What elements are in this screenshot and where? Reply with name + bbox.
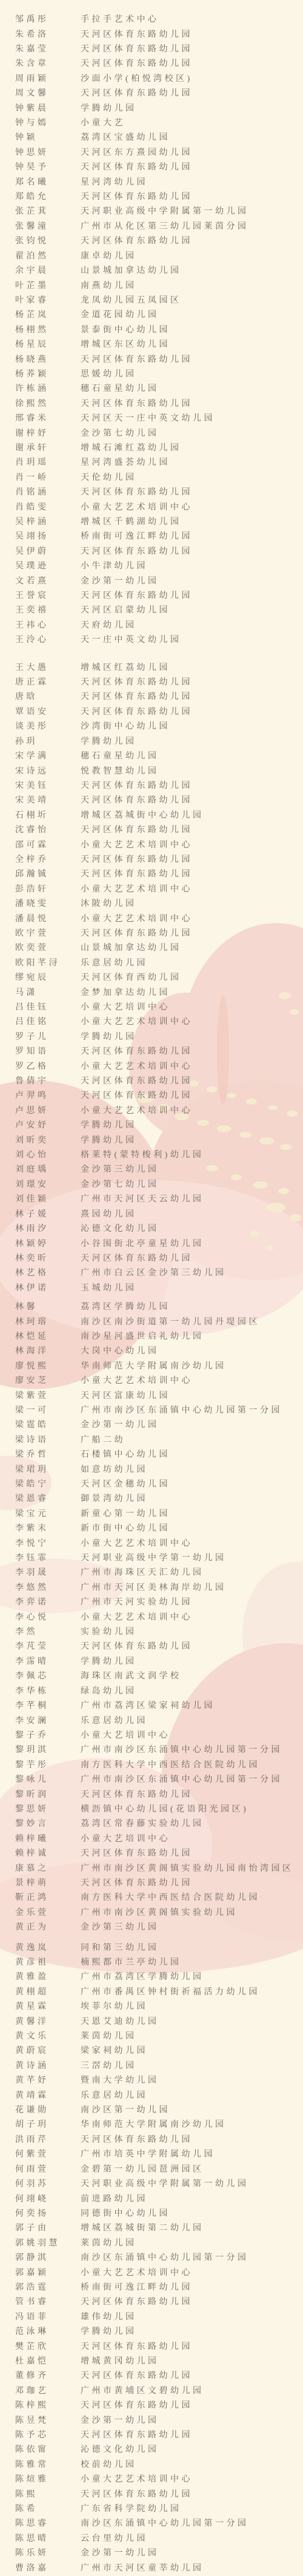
list-row: 李芃莹天河区体育东路幼儿园 [0,1638,303,1653]
school-name: 乐意居幼儿园 [81,956,303,968]
school-name: 御景湾幼儿园 [81,1492,303,1504]
student-name: 何紫萱 [15,2147,81,2160]
list-row: 李紫末新市街中心幼儿园 [0,1520,303,1535]
school-name: 莱茵幼儿园 [81,2029,303,2042]
student-name: 廖安芝 [15,1374,81,1386]
list-row: 李然实验幼儿园 [0,1624,303,1638]
school-name: 南沙区东涌镇中心幼儿园第一分园 [81,2251,303,2263]
student-name: 李钰霏 [15,1551,81,1563]
school-name: 天河区体育东路幼儿园 [81,87,303,99]
school-name: 绿岛幼儿园 [81,1684,303,1697]
list-row: 杨星辰增城区东区幼儿园 [0,337,303,351]
student-name: 欧奕萱 [15,941,81,953]
school-name: 天河区体育东路幼儿园 [81,160,303,172]
student-name: 宋学满 [15,749,81,761]
student-name: 林奕昕 [15,1252,81,1264]
list-row: 王奕禧天河区启蒙幼儿园 [0,602,303,617]
list-row: 黎思妍横沥镇中心幼儿园(花语阳光园区) [0,1801,303,1816]
school-name: 小童大艺艺术培训中心 [81,882,303,895]
school-name: 增城区东区幼儿园 [81,338,303,350]
school-name: 金沙第三幼儿园 [81,1163,303,1175]
student-name: 林馨 [15,1300,81,1312]
student-name: 陈希 [15,2502,81,2514]
student-name: 梁恩睿 [15,1492,81,1504]
list-row: 郑皓允天河区体育东路幼儿园 [0,189,303,203]
student-name: 罗子儿 [15,1030,81,1042]
list-row: 钟紫晨学腾幼儿园 [0,100,303,114]
list-row: 李钰霏天河职业高级中学第一幼儿园 [0,1550,303,1565]
student-name: 王大愚 [15,661,81,673]
student-name: 林珂瑢 [15,1315,81,1327]
list-row: 郭子由增城区荔城街第二幼儿园 [0,2220,303,2235]
student-name: 叶芷墨 [15,279,81,291]
school-name: 天河区体育东路幼儿园 [81,1089,303,1101]
student-name: 肖皓雯 [15,501,81,513]
list-row: 梁皓宁天河区金穗幼儿园 [0,1476,303,1491]
list-row: 林伊诺玉城幼儿园 [0,1280,303,1295]
student-name: 范泳琳 [15,2325,81,2337]
school-name: 荔湾区学腾幼儿园 [81,1300,303,1312]
school-name: 南沙星河盛世启礼幼儿园 [81,1330,303,1342]
list-row: 黎玥淇广州市南沙区东涌镇中心幼儿园第一分园 [0,1742,303,1756]
school-name: 海珠区南武文润学校 [81,1669,303,1681]
student-name: 郑名曦 [15,176,81,188]
list-row: 钟思妍天河区东方熹园幼儿园 [0,145,303,159]
student-name: 肖铭涵 [15,485,81,498]
school-name: 南方医科大学中西医结合医院幼儿园 [81,1758,303,1770]
school-name: 广东省科学院幼儿园 [81,2502,303,2514]
list-row: 李悦宁小童大艺艺术培训中心 [0,1535,303,1549]
roster-group: 黄逸岚同和第三幼儿园黄彦祖楠熙都市兰亭幼儿园黄雅盈广州市荔湾区学腾幼儿园黄栩超广… [0,1939,303,2574]
list-row: 郭浩霆桥南街可逸江畔幼儿园 [0,2279,303,2294]
list-row: 黎芋彤南方医科大学中西医结合医院幼儿园 [0,1757,303,1772]
student-name: 梁乔哲 [15,1448,81,1460]
list-row: 周雨颖沙面小学(柏悦湾校区) [0,71,303,85]
list-row: 叶芷墨南燕幼儿园 [0,277,303,292]
list-row: 李弈诺广州市天河实验幼儿园 [0,1594,303,1609]
school-name: 石楼镇中心幼儿园 [81,1448,303,1460]
list-row: 陈雅常校前幼儿园 [0,2457,303,2471]
student-name: 钟思妍 [15,146,81,158]
list-row: 唐晗天河区体育东路幼儿园 [0,689,303,703]
school-name: 增城区千鹤湖幼儿园 [81,515,303,527]
school-name: 小童大艺培训中心 [81,1832,303,1844]
student-name: 朱希洛 [15,28,81,40]
school-name: 广州市黄埔区文碧幼儿园 [81,2384,303,2396]
student-name: 黄芊妤 [15,2074,81,2086]
list-row: 黎昕润天河区体育东路幼儿园 [0,1786,303,1801]
school-name: 天河区体育东路幼儿园 [81,2399,303,2411]
school-name: 金碧第一幼儿园琶洲园区 [81,2163,303,2175]
school-name: 天恩艾迪幼儿园 [81,2015,303,2027]
school-name: 广州市天河区美林海岸幼儿园 [81,1581,303,1593]
student-name: 郑皓允 [15,190,81,202]
student-name: 张馨潼 [15,220,81,232]
list-row: 李悠然广州市天河区美林海岸幼儿园 [0,1580,303,1594]
list-row: 罗子儿学腾幼儿园 [0,1029,303,1043]
list-row: 林子媛熹园幼儿园 [0,1206,303,1221]
list-row: 范泳琳学腾幼儿园 [0,2324,303,2338]
list-row: 洪雨芹天河区体育东路幼儿园 [0,2132,303,2146]
student-name: 林艺格 [15,1266,81,1278]
student-name: 王奕禧 [15,603,81,616]
student-name: 李芃莹 [15,1640,81,1652]
school-name: 穗石童星幼儿园 [81,749,303,761]
school-name: 天河区天一庄中英文幼儿园 [81,412,303,424]
list-row: 谢承轩增城石滩红荔幼儿园 [0,440,303,455]
student-name: 欧阳芊浔 [15,956,81,968]
list-row: 欧奕萱山景城加拿达幼儿园 [0,940,303,954]
school-name: 乐意居幼儿园 [81,1714,303,1726]
student-name: 郭子由 [15,2221,81,2233]
student-name: 金乐萱 [15,1906,81,1918]
list-row: 梁一可广州市南沙区东涌镇中心幼儿园第一分园 [0,1402,303,1417]
student-name: 赖梓曦 [15,1832,81,1844]
school-name: 埃菲尔幼儿园 [81,2000,303,2012]
list-row: 沈睿怡天河区体育东路幼儿园 [0,822,303,836]
student-name: 刘心怡 [15,1148,81,1160]
list-row: 肖玥瑶星河湾盛荟幼儿园 [0,455,303,469]
list-row: 宋美靖天河区体育东路幼儿园 [0,792,303,807]
school-name: 天河区体育东路幼儿园 [81,675,303,688]
school-name: 金沙第一幼儿园 [81,2414,303,2426]
list-row: 翟泊然康卓幼儿园 [0,248,303,263]
school-name: 小童大艺培训中心 [81,1729,303,1741]
school-name: 暨南大学幼儿园 [81,2074,303,2086]
school-name: 小童大艺培训中心 [81,1000,303,1013]
student-name: 黎昕润 [15,1788,81,1800]
school-name: 增城石滩红荔幼儿园 [81,441,303,453]
school-name: 天河区体育东路幼儿园 [81,397,303,409]
list-row: 钟颖荔湾区宝盛幼儿园 [0,130,303,144]
student-name: 陈乐妍 [15,2546,81,2558]
student-name: 钟紫晨 [15,102,81,114]
student-name: 肖玥瑶 [15,456,81,468]
school-name: 横沥镇中心幼儿园(花语阳光园区) [81,1802,303,1815]
school-name: 华南师范大学附属南沙幼儿园 [81,1359,303,1372]
list-row: 郭静淇南沙区东涌镇中心幼儿园第一分园 [0,2250,303,2264]
roster-group: 邹禹彤手拉手艺术中心朱希洛天河区体育东路幼儿园朱嘉莹天河区体育东路幼儿园朱含章天… [0,11,303,646]
school-name: 天河职业高级中学附属第一幼儿园 [81,2177,303,2189]
student-name: 管书睿 [15,2295,81,2307]
student-name: 文若熹 [15,574,81,586]
list-row: 陈思晴云台里幼儿园 [0,2531,303,2545]
school-name: 天河区体育东路幼儿园 [81,1640,303,1652]
student-name: 宋美靖 [15,793,81,806]
list-row: 赖梓诚天河区体育东路幼儿园 [0,1845,303,1860]
school-name: 云台里幼儿园 [81,2532,303,2544]
student-name: 曹洛嘉 [15,2561,81,2574]
school-name: 天河区体育西幼儿园 [81,971,303,983]
school-name: 学腾幼儿园 [81,1134,303,1146]
school-name: 天河区体育东路幼儿园 [81,927,303,939]
student-name: 宋美钰 [15,779,81,791]
list-row: 何羽苏天河职业高级中学附属第一幼儿园 [0,2176,303,2190]
list-row: 黄馨洋天恩艾迪幼儿园 [0,2013,303,2028]
student-name: 陈依甯 [15,2443,81,2455]
student-name: 吴翊扬 [15,530,81,542]
student-name: 李弈诺 [15,1595,81,1608]
list-row: 张芷萁天河职业高级中学附属第一幼儿园 [0,203,303,218]
list-row: 卢羿鸣天河区体育东路幼儿园 [0,1088,303,1102]
student-name: 吕佳钰 [15,1000,81,1013]
student-name: 李悦宁 [15,1537,81,1549]
student-name: 李华栋 [15,1684,81,1697]
student-name: 陈予芯 [15,2428,81,2440]
list-row: 吴伊蔚天河区体育东路幼儿园 [0,544,303,558]
school-name: 天河区体育东路幼儿园 [81,1074,303,1086]
school-name: 金沙第七幼儿园 [81,1178,303,1190]
list-row: 陈予芯天河区体育东路幼儿园 [0,2427,303,2442]
school-name: 天河区体育东路幼儿园 [81,57,303,69]
list-row: 朱嘉莹天河区体育东路幼儿园 [0,41,303,56]
student-name: 钟颖 [15,131,81,143]
list-row: 吴璞逊小牛津幼儿园 [0,558,303,573]
student-name: 黎妙言 [15,1817,81,1829]
student-name: 李然 [15,1625,81,1637]
student-name: 吴梓涵 [15,515,81,527]
school-name: 广州市南沙区黄阁镇实验幼儿园 [81,1906,303,1918]
school-name: 天河区体育东路幼儿园 [81,545,303,557]
student-name: 何雨萱 [15,2163,81,2175]
student-name: 叶家睿 [15,294,81,306]
list-row: 梁霆皓金沙第一幼儿园 [0,1417,303,1431]
student-name: 谈美彤 [15,720,81,732]
list-row: 梁珺玥如意坊幼儿园 [0,1461,303,1476]
list-row: 靳正鸿南方医科大学中西医结合医院幼儿园 [0,1890,303,1904]
student-name: 黄逸岚 [15,1941,81,1953]
school-name: 荔湾区常春藤实验幼儿园 [81,1817,303,1829]
student-name: 李悠然 [15,1581,81,1593]
student-name: 张钧悦 [15,234,81,246]
school-name: 广州市白云区金沙第三幼儿园 [81,1266,303,1278]
school-name: 天河区体育东路幼儿园 [81,2369,303,2381]
student-name: 董修齐 [15,2369,81,2381]
school-name: 三滘幼儿园 [81,2059,303,2071]
school-name: 景泰街中心幼儿园 [81,323,303,335]
list-row: 肖一峤天伦幼儿园 [0,470,303,484]
school-name: 山景城加拿达幼儿园 [81,941,303,953]
list-row: 邢睿米天河区天一庄中英文幼儿园 [0,410,303,425]
school-name: 天河区体育东路幼儿园 [81,690,303,702]
list-row: 林海洋大岗中心幼儿园 [0,1343,303,1358]
school-name: 天河区启蒙幼儿园 [81,603,303,616]
student-name: 黄栩超 [15,1985,81,1997]
list-row: 缪宛辰天河区体育西幼儿园 [0,970,303,984]
student-name: 王泠心 [15,633,81,645]
list-row: 卢思妍小童大艺艺术培训中心 [0,1103,303,1117]
school-name: 学腾幼儿园 [81,1119,303,1131]
student-name: 唐正霖 [15,675,81,688]
list-row: 何翊峣前进路幼儿园 [0,2190,303,2205]
student-name: 郭嘉颖 [15,2266,81,2278]
list-row: 黄靖霖乐意居幼儿园 [0,2087,303,2101]
school-name: 天河区体育东路幼儿园 [81,353,303,365]
list-row: 邵可霖小童大艺艺术培训中心 [0,836,303,851]
list-row: 林雨汐沁德文化幼儿园 [0,1221,303,1235]
school-name: 天河区体育东路幼儿园 [81,823,303,835]
student-name: 李紫末 [15,1522,81,1534]
school-name: 天河区体育东路幼儿园 [81,42,303,54]
list-row: 彭浩轩小童大艺艺术培训中心 [0,881,303,896]
list-row: 张馨潼广州市从化区第三幼儿园莱茵分园 [0,218,303,233]
school-name: 天河区体育东路幼儿园 [81,2340,303,2352]
list-row: 李霈晴学腾幼儿园 [0,1654,303,1668]
school-name: 南沙区东涌镇中心幼儿园第一分园 [81,2517,303,2529]
student-name: 黎咏儿 [15,1773,81,1785]
school-name: 天河区体育东路幼儿园 [81,1876,303,1888]
school-name: 天河区体育东路幼儿园 [81,1252,303,1264]
list-row: 廖安芝小童大艺艺术培训中心 [0,1373,303,1387]
student-name: 缪宛辰 [15,971,81,983]
school-name: 星河湾幼儿园 [81,176,303,188]
list-row: 刘心怡格莱特(蒙特梭利)幼儿园 [0,1147,303,1161]
school-name: 小童大艺艺术培训中心 [81,2472,303,2485]
school-name: 南燕幼儿园 [81,279,303,291]
list-row: 李心悦小童大艺艺术培训中心 [0,1609,303,1623]
student-name: 杨晓燕 [15,353,81,365]
list-row: 梁紫萱天河区富康幼儿园 [0,1387,303,1402]
list-row: 陈昱梵金沙第一幼儿园 [0,2412,303,2426]
student-name: 陈煊雅 [15,2472,81,2485]
school-name: 广州市天河区童莘幼儿园 [81,2561,303,2574]
list-row: 唐正霖天河区体育东路幼儿园 [0,674,303,689]
school-name: 广船二幼 [81,1433,303,1445]
list-row: 吴翊扬桥南街可逸江畔幼儿园 [0,528,303,543]
school-name: 天河区体育东路幼儿园 [81,853,303,865]
student-name: 何羽苏 [15,2177,81,2189]
student-name: 谢承轩 [15,441,81,453]
school-name: 小童大艺艺术培训中心 [81,2266,303,2278]
student-name: 罗乙格 [15,1060,81,1072]
student-name: 肖一峤 [15,471,81,483]
student-name: 靳正鸿 [15,1891,81,1903]
list-row: 吕佳铭小童大艺艺术培训中心 [0,1014,303,1028]
student-name: 李安澜 [15,1714,81,1726]
list-row: 李芊桐广州市荔湾区梁家祠幼儿园 [0,1698,303,1712]
list-row: 马潇金梦加拿达幼儿园 [0,984,303,999]
student-name: 刘庭瑀 [15,1163,81,1175]
list-row: 黄正为金沙第三幼儿园 [0,1919,303,1934]
list-row: 欧阳芊浔乐意居幼儿园 [0,955,303,970]
student-name: 廖悦熙 [15,1359,81,1372]
student-name: 黄雅盈 [15,1970,81,1982]
list-row: 刘昕奕学腾幼儿园 [0,1132,303,1146]
school-name: 天河区体育东路幼儿园 [81,2428,303,2440]
list-row: 林珂瑢南沙区南沙街道第一幼儿园丹堤园区 [0,1313,303,1328]
school-name: 荔湾区宝盛幼儿园 [81,131,303,143]
student-name: 余宇晨 [15,264,81,276]
list-row: 宋学满穗石童星幼儿园 [0,748,303,763]
list-row: 郭嘉颖小童大艺艺术培训中心 [0,2264,303,2279]
list-row: 金乐萱广州市南沙区黄阁镇实验幼儿园 [0,1905,303,1919]
student-name: 张芷萁 [15,205,81,217]
list-row: 黎咏儿广州市南沙区东涌镇中心幼儿园第一分园 [0,1772,303,1786]
list-row: 李羽晟广州市海珠区天汇幼儿园 [0,1565,303,1579]
student-name: 潘晨悦 [15,912,81,924]
school-name: 南沙区第一幼儿园 [81,2103,303,2115]
school-name: 熹园幼儿园 [81,1207,303,1220]
school-name: 小童大艺艺术培训中心 [81,1015,303,1027]
student-name: 王祎心 [15,619,81,631]
school-name: 沙面小学(柏悦湾校区) [81,72,303,84]
student-name: 樊芷欣 [15,2340,81,2352]
list-row: 周文馨天河区体育东路幼儿园 [0,85,303,100]
student-name: 朱含章 [15,57,81,69]
school-name: 小童大艺艺术培训中心 [81,501,303,513]
school-name: 同德街中心幼儿园 [81,2207,303,2219]
school-name: 星河湾盛荟幼儿园 [81,456,303,468]
school-name: 穗石童星幼儿园 [81,382,303,394]
list-row: 邱瀚铖天河区体育东路幼儿园 [0,866,303,881]
school-name: 广州市番禺区钟村街祈福活力幼儿园 [81,1985,303,1997]
list-row: 石栩圻增城区荔城街中心幼儿园 [0,807,303,822]
student-name: 罗知语 [15,1045,81,1057]
list-row: 康慕之广州市南沙区黄阁镇实验幼儿园南怡湾园区 [0,1860,303,1874]
student-name: 梁霆皓 [15,1418,81,1430]
list-row: 郑名曦星河湾幼儿园 [0,174,303,188]
student-name: 吴伊蔚 [15,545,81,557]
student-name: 郭姚羽慧 [15,2236,81,2249]
student-name: 刘昕奕 [15,1134,81,1146]
list-row: 黎子乔小童大艺培训中心 [0,1727,303,1742]
list-row: 朱希洛天河区体育东路幼儿园 [0,26,303,41]
school-name: 广州市南沙区东涌镇中心幼儿园第一分园 [81,1404,303,1416]
school-name: 天伦幼儿园 [81,471,303,483]
list-row: 王大愚增城区红荔幼儿园 [0,659,303,674]
student-name: 梁皓宁 [15,1477,81,1490]
student-name: 徐熙然 [15,397,81,409]
list-row: 李安澜乐意居幼儿园 [0,1712,303,1727]
list-row: 黄芊妤暨南大学幼儿园 [0,2072,303,2087]
school-name: 新童心第一幼儿园 [81,1507,303,1519]
student-name: 林恺延 [15,1330,81,1342]
school-name: 广州市从化区第三幼儿园莱茵分园 [81,220,303,232]
school-name: 莱茵幼儿园 [81,2236,303,2249]
list-row: 董修齐天河区体育东路幼儿园 [0,2368,303,2382]
student-name: 杜嘉恺 [15,2354,81,2367]
school-name: 大岗中心幼儿园 [81,1344,303,1356]
list-row: 陈煊雅小童大艺艺术培训中心 [0,2471,303,2486]
list-row: 何紫萱广州市培英中学附属幼儿园 [0,2146,303,2161]
list-row: 林艺格广州市白云区金沙第三幼儿园 [0,1265,303,1280]
student-name: 黄星霖 [15,2000,81,2012]
school-name: 手拉手艺术中心 [81,13,303,25]
school-name: 沁德文化幼儿园 [81,1222,303,1234]
school-name: 悦教智慧幼儿园 [81,764,303,777]
school-name: 天河区体育东路幼儿园 [81,793,303,806]
student-name: 黎玥淇 [15,1743,81,1755]
list-row: 吴梓涵增城区千鹤湖幼儿园 [0,514,303,528]
list-row: 黄文乐莱茵幼儿园 [0,2028,303,2043]
student-name: 卢思妍 [15,1104,81,1116]
school-name: 梁家祠幼儿园 [81,2044,303,2056]
school-name: 天河职业高级中学附属第一幼儿园 [81,205,303,217]
list-row: 梁恩睿御景湾幼儿园 [0,1491,303,1505]
student-name: 沈睿怡 [15,823,81,835]
school-name: 小童大艺艺术培训中心 [81,838,303,850]
student-name: 黄靖霖 [15,2089,81,2101]
school-name: 前进路幼儿园 [81,2192,303,2204]
student-name: 梁诗语 [15,1433,81,1445]
roster-group: 王大愚增城区红荔幼儿园唐正霖天河区体育东路幼儿园唐晗天河区体育东路幼儿园覃语安天… [0,659,303,1294]
student-name: 陈昱梵 [15,2414,81,2426]
student-name: 杨荞颖 [15,367,81,379]
student-name: 黎子乔 [15,1729,81,1741]
school-name: 小童大艺艺术培训中心 [81,1611,303,1623]
school-name: 金沙第一幼儿园 [81,1418,303,1430]
student-name: 花谦勋 [15,2103,81,2115]
